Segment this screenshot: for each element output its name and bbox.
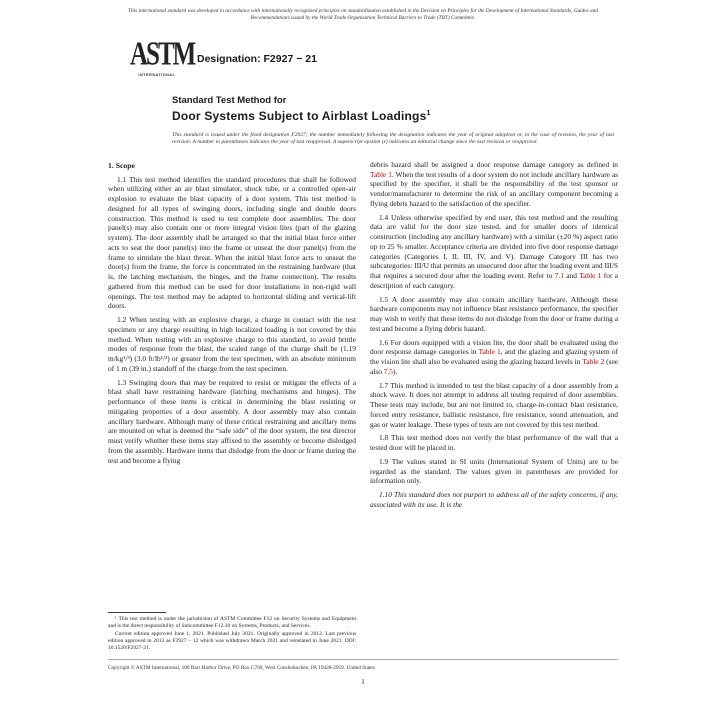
body-columns: 1. Scope 1.1 This test method identifies…	[108, 160, 618, 652]
xref-section-7-1[interactable]: 7.1	[555, 271, 564, 280]
wto-disclaimer-text: This international standard was develope…	[108, 8, 618, 22]
xref-table-1-c[interactable]: Table 1	[479, 347, 501, 356]
xref-table-1-b[interactable]: Table 1	[579, 271, 601, 280]
footnote-edition: Current edition approved June 1, 2021. P…	[108, 631, 356, 652]
astm-standard-page: This international standard was develope…	[0, 0, 722, 722]
masthead: ASTM INTERNATIONAL Designation: F2927 − …	[108, 31, 618, 87]
paragraph-1-5: 1.5 A door assembly may also contain anc…	[370, 295, 618, 334]
page-number: 1	[108, 678, 618, 686]
designation-label: Designation:	[197, 53, 261, 65]
section-1-heading: 1. Scope	[108, 161, 356, 171]
xref-section-7-5[interactable]: 7.5	[384, 367, 393, 376]
footnote-block: ¹ This test method is under the jurisdic…	[108, 612, 356, 651]
standard-type-label: Standard Test Method for	[172, 95, 618, 107]
footnote-1: ¹ This test method is under the jurisdic…	[108, 616, 356, 630]
paragraph-1-10: 1.10 This standard does not purport to a…	[370, 490, 618, 510]
title-block: Standard Test Method for Door Systems Su…	[108, 95, 618, 147]
page-title-text: Door Systems Subject to Airblast Loading…	[172, 109, 426, 123]
paragraph-text: ).	[393, 367, 397, 376]
paragraph-1-2: 1.2 When testing with an explosive charg…	[108, 315, 356, 374]
designation-line: Designation: F2927 − 21	[197, 53, 317, 65]
footnote-separator-rule	[108, 612, 166, 613]
copyright-line: Copyright © ASTM International, 100 Barr…	[108, 665, 618, 671]
paragraph-text: and	[564, 271, 579, 280]
paragraph-text: 1.4 Unless otherwise specified by end us…	[370, 213, 618, 281]
paragraph-1-3-continued: debris hazard shall be assigned a door r…	[370, 160, 618, 209]
xref-table-2[interactable]: Table 2	[582, 357, 604, 366]
paragraph-1-4: 1.4 Unless otherwise specified by end us…	[370, 213, 618, 291]
left-column: 1. Scope 1.1 This test method identifies…	[108, 160, 356, 652]
paragraph-text: debris hazard shall be assigned a door r…	[370, 160, 618, 169]
issuance-note: This standard is issued under the fixed …	[172, 132, 618, 147]
paragraph-text: . When the test results of a door system…	[370, 170, 618, 208]
xref-table-1-a[interactable]: Table 1	[370, 170, 392, 179]
paragraph-1-1: 1.1 This test method identifies the stan…	[108, 175, 356, 312]
paragraph-1-3: 1.3 Swinging doors that may be required …	[108, 378, 356, 466]
title-footnote-marker: 1	[426, 110, 430, 117]
page-footer: Copyright © ASTM International, 100 Barr…	[108, 659, 618, 686]
right-column: debris hazard shall be assigned a door r…	[370, 160, 618, 652]
astm-logo-international-label: INTERNATIONAL	[130, 73, 184, 77]
paragraph-1-6: 1.6 For doors equipped with a vision lit…	[370, 338, 618, 377]
designation-number: F2927 − 21	[264, 53, 317, 65]
astm-logo-icon: ASTM INTERNATIONAL	[130, 42, 184, 77]
paragraph-1-7: 1.7 This method is intended to test the …	[370, 381, 618, 430]
page-title: Door Systems Subject to Airblast Loading…	[172, 107, 618, 124]
paragraph-1-8: 1.8 This test method does not verify the…	[370, 433, 618, 453]
astm-logo-letters: ASTM	[130, 37, 184, 72]
paragraph-1-9: 1.9 The values stated in SI units (Inter…	[370, 457, 618, 486]
